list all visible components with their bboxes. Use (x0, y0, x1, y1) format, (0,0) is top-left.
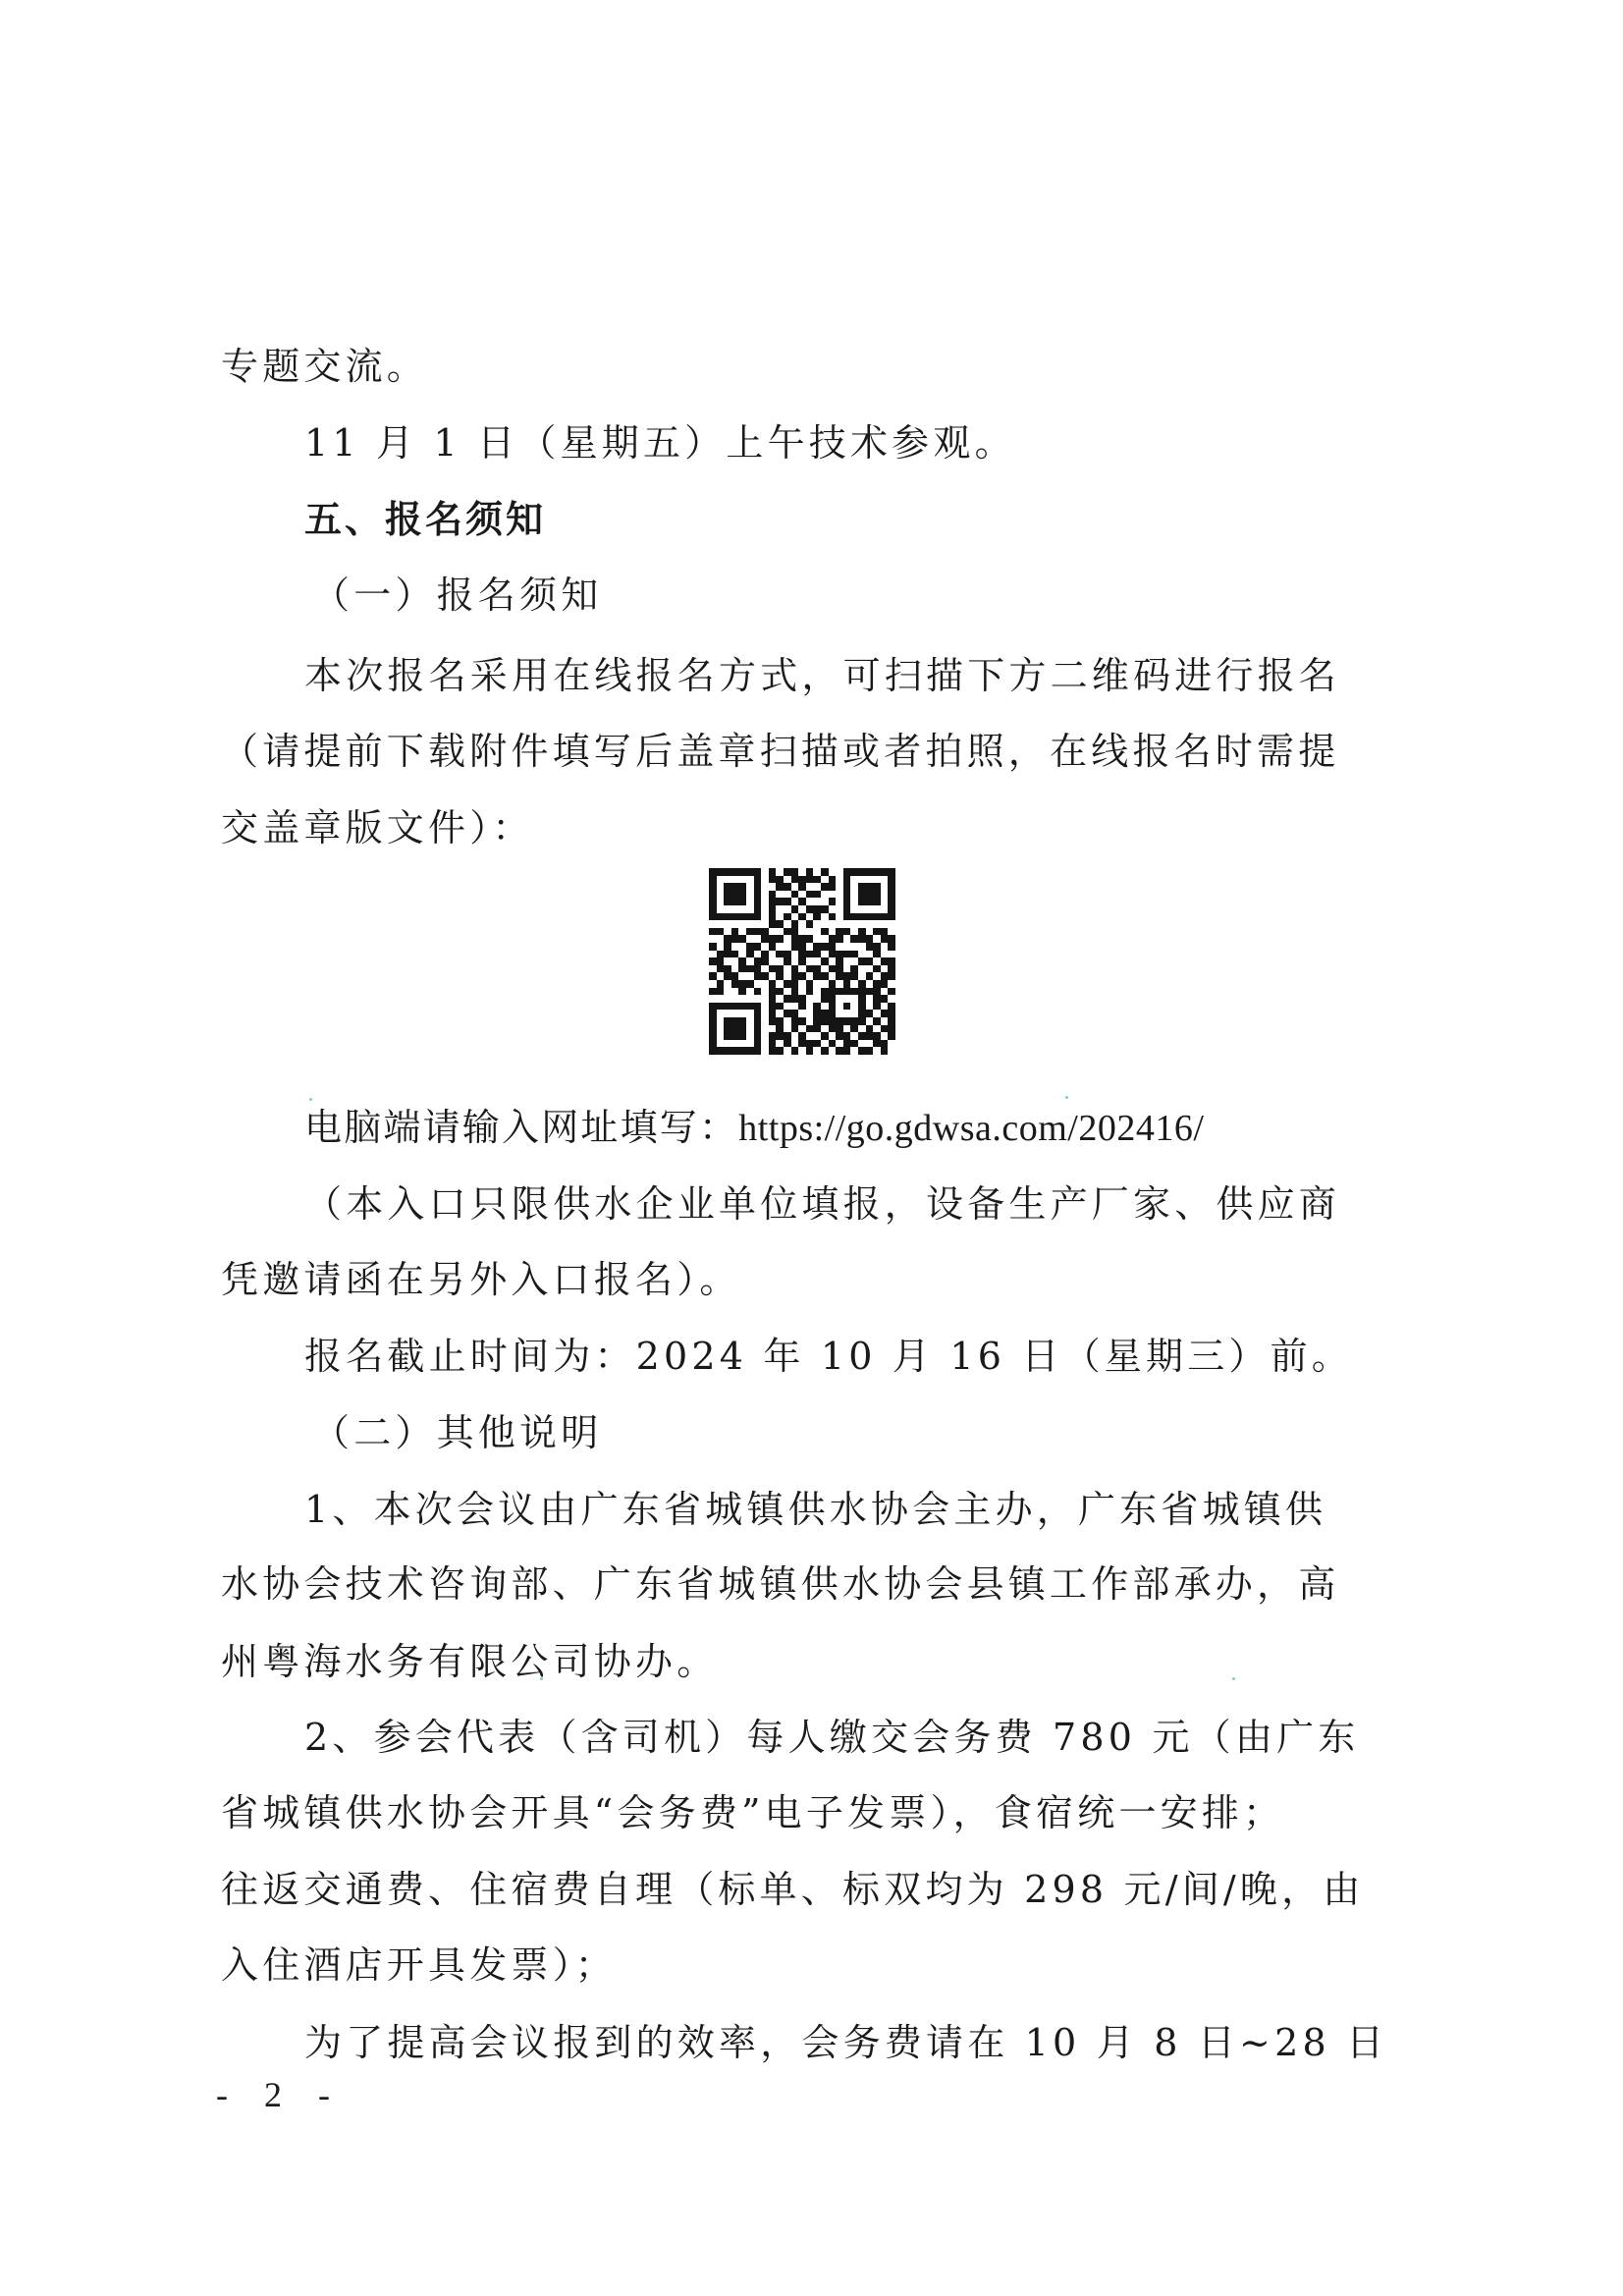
qr-module (738, 995, 746, 1003)
qr-module (843, 913, 851, 921)
qr-module (717, 1025, 725, 1033)
qr-module (731, 988, 739, 996)
qr-module (798, 1032, 806, 1040)
qr-module (791, 1047, 799, 1055)
qr-module (813, 943, 821, 951)
qr-module (791, 1003, 799, 1011)
qr-module (821, 868, 829, 876)
qr-module (806, 1047, 814, 1055)
qr-module (858, 935, 866, 943)
qr-module (724, 898, 731, 905)
qr-module (776, 995, 784, 1003)
qr-module (709, 1040, 717, 1048)
qr-module (754, 898, 762, 905)
qr-module (709, 951, 717, 958)
qr-module (866, 957, 874, 965)
qr-module (858, 965, 866, 973)
scan-speck (1065, 1096, 1068, 1099)
qr-module (761, 995, 769, 1003)
qr-module (843, 935, 851, 943)
qr-module (866, 920, 874, 928)
qr-module (784, 951, 791, 958)
qr-module (754, 905, 762, 913)
qr-module (754, 868, 762, 876)
text-line: 交盖章版文件）： (221, 802, 1389, 853)
qr-module (888, 928, 895, 936)
qr-module (738, 957, 746, 965)
qr-module (881, 972, 889, 980)
qr-module (761, 1010, 769, 1017)
qr-module (866, 943, 874, 951)
qr-module (717, 1032, 725, 1040)
qr-module (784, 920, 791, 928)
qr-module (709, 1017, 717, 1025)
qr-module (873, 868, 881, 876)
qr-module (888, 1010, 895, 1017)
qr-module (873, 935, 881, 943)
qr-module (776, 920, 784, 928)
qr-module (798, 972, 806, 980)
qr-module (738, 1047, 746, 1055)
qr-module (858, 1025, 866, 1033)
qr-module (754, 951, 762, 958)
qr-module (858, 1040, 866, 1048)
qr-module (813, 883, 821, 891)
qr-module (888, 898, 895, 905)
qr-module (836, 876, 843, 884)
qr-module (769, 1003, 777, 1011)
qr-module (709, 898, 717, 905)
qr-module (888, 868, 895, 876)
qr-module (829, 943, 837, 951)
qr-module (843, 868, 851, 876)
qr-module (776, 965, 784, 973)
qr-module (798, 883, 806, 891)
qr-module (798, 1047, 806, 1055)
qr-module (776, 883, 784, 891)
qr-module (858, 972, 866, 980)
qr-module (791, 1017, 799, 1025)
qr-module (784, 980, 791, 988)
qr-module (761, 951, 769, 958)
qr-module (821, 876, 829, 884)
qr-module (850, 951, 858, 958)
qr-module (821, 891, 829, 899)
qr-module (881, 913, 889, 921)
qr-module (769, 1017, 777, 1025)
qr-module (836, 1010, 843, 1017)
qr-module (769, 928, 777, 936)
text-line: （本入口只限供水企业单位填报，设备生产厂家、供应商 (304, 1178, 1389, 1230)
qr-module (761, 905, 769, 913)
qr-module (798, 876, 806, 884)
qr-module (806, 891, 814, 899)
qr-module (888, 891, 895, 899)
qr-module (784, 928, 791, 936)
qr-module (746, 980, 754, 988)
qr-module (731, 1040, 739, 1048)
scan-speck (309, 1098, 312, 1101)
qr-module (769, 1010, 777, 1017)
qr-module (784, 957, 791, 965)
qr-module (738, 1032, 746, 1040)
qr-module (724, 1040, 731, 1048)
qr-module (888, 988, 895, 996)
qr-module (813, 898, 821, 905)
qr-module (873, 995, 881, 1003)
qr-module (761, 883, 769, 891)
qr-module (858, 1047, 866, 1055)
qr-module (769, 1025, 777, 1033)
qr-module (813, 905, 821, 913)
qr-module (769, 1032, 777, 1040)
qr-module (717, 972, 725, 980)
qr-module (821, 1032, 829, 1040)
qr-module (806, 868, 814, 876)
qr-module (873, 988, 881, 996)
qr-module (724, 972, 731, 980)
qr-module (829, 1017, 837, 1025)
qr-module (843, 988, 851, 996)
qr-module (836, 1040, 843, 1048)
qr-module (858, 898, 866, 905)
qr-module (738, 913, 746, 921)
qr-module (821, 957, 829, 965)
qr-module (761, 988, 769, 996)
qr-module (881, 943, 889, 951)
qr-module (769, 1047, 777, 1055)
qr-module (776, 1010, 784, 1017)
qr-module (821, 1040, 829, 1048)
qr-module (791, 1040, 799, 1048)
qr-module (709, 913, 717, 921)
qr-module (776, 1025, 784, 1033)
qr-module (873, 957, 881, 965)
qr-module (769, 883, 777, 891)
qr-module (806, 965, 814, 973)
qr-module (881, 1017, 889, 1025)
qr-module (738, 868, 746, 876)
qr-module (724, 913, 731, 921)
qr-module (806, 943, 814, 951)
qr-module (746, 943, 754, 951)
qr-module (829, 883, 837, 891)
qr-module (836, 965, 843, 973)
qr-module (888, 995, 895, 1003)
qr-module (731, 898, 739, 905)
qr-module (791, 972, 799, 980)
qr-module (791, 943, 799, 951)
qr-module (821, 1003, 829, 1011)
qr-module (888, 935, 895, 943)
qr-module (850, 891, 858, 899)
qr-module (724, 980, 731, 988)
qr-module (709, 883, 717, 891)
qr-module (798, 1025, 806, 1033)
qr-module (746, 1040, 754, 1048)
qr-module (791, 988, 799, 996)
qr-module (866, 883, 874, 891)
qr-module (717, 980, 725, 988)
qr-module (836, 972, 843, 980)
qr-module (858, 1032, 866, 1040)
qr-module (843, 1032, 851, 1040)
qr-module (843, 1040, 851, 1048)
qr-module (746, 883, 754, 891)
qr-module (791, 980, 799, 988)
qr-module (829, 1010, 837, 1017)
qr-module (798, 988, 806, 996)
qr-module (724, 920, 731, 928)
qr-module (881, 868, 889, 876)
qr-module (813, 891, 821, 899)
qr-module (873, 965, 881, 973)
qr-module (881, 905, 889, 913)
qr-module (850, 905, 858, 913)
qr-module (754, 995, 762, 1003)
qr-module (761, 935, 769, 943)
qr-module (866, 1010, 874, 1017)
qr-module (881, 1025, 889, 1033)
registration-qr-code[interactable] (709, 868, 895, 1055)
qr-module (754, 935, 762, 943)
qr-module (873, 898, 881, 905)
qr-module (761, 965, 769, 973)
qr-module (813, 928, 821, 936)
qr-module (843, 1025, 851, 1033)
qr-module (746, 1047, 754, 1055)
qr-module (881, 876, 889, 884)
qr-module (776, 868, 784, 876)
qr-module (843, 1003, 851, 1011)
qr-module (873, 980, 881, 988)
qr-module (836, 951, 843, 958)
qr-module (866, 995, 874, 1003)
qr-module (798, 898, 806, 905)
qr-module (806, 905, 814, 913)
qr-module (813, 920, 821, 928)
qr-module (813, 972, 821, 980)
qr-module (836, 1025, 843, 1033)
text-line: 水协会技术咨询部、广东省城镇供水协会县镇工作部承办，高 (221, 1558, 1389, 1610)
qr-module (724, 1003, 731, 1011)
qr-module (821, 935, 829, 943)
qr-module (724, 891, 731, 899)
qr-module (873, 891, 881, 899)
qr-module (776, 898, 784, 905)
qr-module (769, 980, 777, 988)
qr-module (731, 928, 739, 936)
qr-module (881, 1047, 889, 1055)
qr-module (784, 988, 791, 996)
qr-module (866, 1017, 874, 1025)
qr-module (881, 920, 889, 928)
qr-module (850, 995, 858, 1003)
qr-module (717, 1010, 725, 1017)
qr-module (813, 1017, 821, 1025)
qr-module (709, 1010, 717, 1017)
scan-speck (540, 1677, 543, 1680)
qr-module (784, 1040, 791, 1048)
qr-module (821, 965, 829, 973)
qr-module (717, 988, 725, 996)
qr-module (791, 891, 799, 899)
qr-module (829, 957, 837, 965)
qr-module (754, 1017, 762, 1025)
qr-module (813, 1047, 821, 1055)
qr-module (813, 980, 821, 988)
qr-module (761, 1040, 769, 1048)
qr-module (798, 868, 806, 876)
qr-module (850, 965, 858, 973)
qr-module (881, 980, 889, 988)
qr-module (761, 1017, 769, 1025)
qr-module (784, 1017, 791, 1025)
qr-module (724, 876, 731, 884)
qr-module (738, 1040, 746, 1048)
qr-module (858, 995, 866, 1003)
qr-module (724, 943, 731, 951)
qr-module (731, 951, 739, 958)
qr-module (791, 876, 799, 884)
qr-module (709, 868, 717, 876)
qr-module (738, 898, 746, 905)
qr-module (784, 868, 791, 876)
qr-module (798, 1017, 806, 1025)
qr-module (784, 965, 791, 973)
qr-module (866, 988, 874, 996)
qr-module (873, 1017, 881, 1025)
qr-module (829, 972, 837, 980)
qr-module (829, 951, 837, 958)
qr-module (738, 951, 746, 958)
qr-module (761, 1003, 769, 1011)
qr-module (881, 1040, 889, 1048)
text-line: 入住酒店开具发票）； (221, 1940, 1389, 1991)
qr-module (798, 980, 806, 988)
qr-module (746, 988, 754, 996)
qr-module (843, 920, 851, 928)
qr-module (776, 935, 784, 943)
qr-module (813, 957, 821, 965)
qr-module (754, 988, 762, 996)
qr-module (843, 905, 851, 913)
qr-module (784, 1032, 791, 1040)
qr-module (761, 943, 769, 951)
qr-module (829, 920, 837, 928)
qr-module (836, 928, 843, 936)
qr-module (843, 1017, 851, 1025)
qr-module (813, 951, 821, 958)
qr-module (761, 972, 769, 980)
qr-module (850, 920, 858, 928)
qr-module (746, 957, 754, 965)
qr-module (754, 928, 762, 936)
qr-module (717, 876, 725, 884)
qr-module (717, 883, 725, 891)
qr-module (746, 868, 754, 876)
qr-module (709, 972, 717, 980)
qr-module (724, 928, 731, 936)
qr-module (784, 913, 791, 921)
qr-module (724, 1025, 731, 1033)
qr-module (821, 905, 829, 913)
qr-module (709, 1003, 717, 1011)
qr-module (731, 995, 739, 1003)
qr-module (717, 995, 725, 1003)
qr-module (746, 876, 754, 884)
qr-module (888, 1025, 895, 1033)
qr-module (776, 957, 784, 965)
qr-module (724, 905, 731, 913)
qr-module (806, 898, 814, 905)
qr-module (769, 972, 777, 980)
qr-module (873, 1040, 881, 1048)
qr-module (769, 913, 777, 921)
qr-module (888, 1017, 895, 1025)
qr-module (754, 1047, 762, 1055)
qr-module (776, 1040, 784, 1048)
qr-module (724, 965, 731, 973)
qr-module (731, 935, 739, 943)
qr-module (843, 1010, 851, 1017)
qr-module (709, 905, 717, 913)
qr-module (791, 913, 799, 921)
qr-module (836, 980, 843, 988)
qr-module (806, 1017, 814, 1025)
qr-module (813, 876, 821, 884)
qr-module (829, 980, 837, 988)
qr-module (836, 988, 843, 996)
qr-module (806, 1025, 814, 1033)
qr-module (769, 935, 777, 943)
qr-module (813, 965, 821, 973)
subsection-heading: （二）其他说明 (312, 1407, 1481, 1458)
qr-module (829, 988, 837, 996)
qr-module (881, 891, 889, 899)
qr-module (836, 868, 843, 876)
registration-url-link[interactable]: https://go.gdwsa.com/202416/ (738, 1108, 1204, 1149)
qr-module (717, 951, 725, 958)
qr-module (836, 1003, 843, 1011)
qr-module (843, 957, 851, 965)
qr-module (866, 972, 874, 980)
qr-module (821, 913, 829, 921)
qr-module (709, 1047, 717, 1055)
qr-module (850, 913, 858, 921)
qr-module (761, 913, 769, 921)
qr-module (806, 951, 814, 958)
qr-module (858, 905, 866, 913)
qr-module (724, 988, 731, 996)
qr-module (858, 920, 866, 928)
qr-module (888, 951, 895, 958)
qr-module (784, 972, 791, 980)
qr-module (776, 951, 784, 958)
qr-module (746, 1025, 754, 1033)
qr-module (806, 1010, 814, 1017)
qr-module (881, 1010, 889, 1017)
qr-module (843, 928, 851, 936)
qr-module (791, 995, 799, 1003)
qr-module (813, 868, 821, 876)
qr-module (731, 913, 739, 921)
qr-module (724, 1032, 731, 1040)
qr-module (731, 920, 739, 928)
qr-module (746, 1010, 754, 1017)
qr-module (881, 1032, 889, 1040)
qr-module (798, 920, 806, 928)
